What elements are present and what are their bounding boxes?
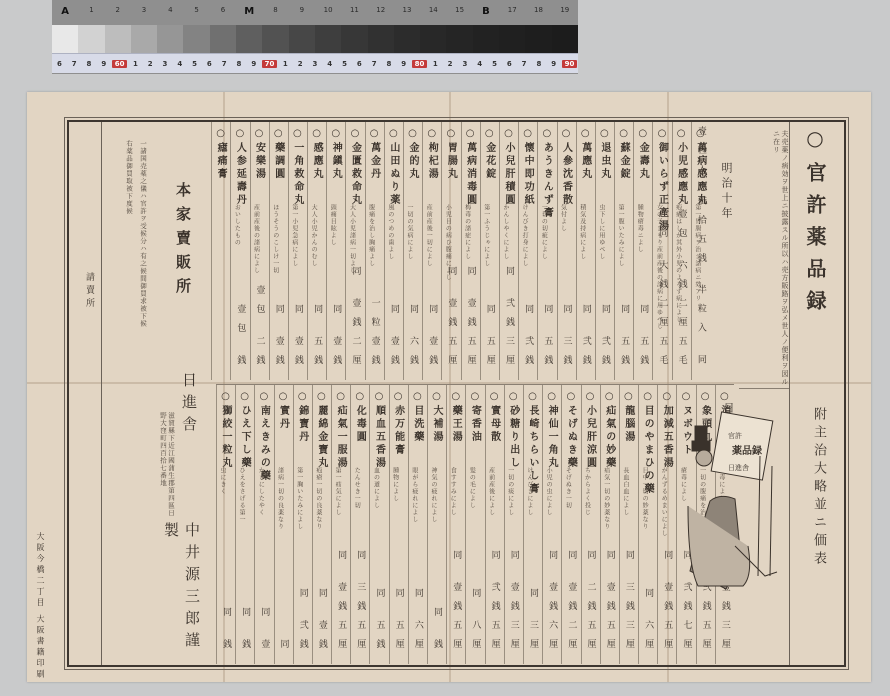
product-price: 同 五厘 [393, 588, 405, 658]
product-name: ○錦寶丹 [296, 391, 308, 444]
product-column: ○御いらず正產湯女の子まもり産前産後の諸病に用ゆべし同 大銭二厘五毛 [652, 122, 671, 380]
product-desc: 第一胸いたみによし [296, 467, 303, 530]
product-column: ○龍腦湯長血白血によし同 三銭三厘 [619, 385, 638, 664]
product-name: ○神仙一角丸 [545, 391, 557, 470]
shop-title: 本家賣販所 [173, 182, 194, 302]
product-column: ○大補湯神気の疲れによし同 銭 [427, 385, 446, 664]
product-desc: 眼がら疲れによし [411, 467, 418, 523]
product-name: ○順血五香湯 [372, 391, 384, 470]
product-desc: 気付よし [560, 204, 567, 232]
gray-step [105, 25, 131, 53]
product-price: 同 三銭五厘 [354, 550, 366, 658]
man-reading-newspaper-icon: 官許 薬品録 日進舎 [680, 396, 788, 663]
gray-step [131, 25, 157, 53]
product-price: 同 三銭 [561, 304, 573, 374]
document-title: ○官許薬品録 [801, 126, 830, 322]
ruler-label: 60 [112, 60, 127, 68]
svg-text:日進舎: 日進舎 [728, 463, 749, 472]
ruler-label: 3 [308, 60, 323, 68]
product-name: ○化毒圓 [353, 391, 365, 444]
product-desc: けんびきによし [526, 467, 533, 516]
reading-man-illustration: 官許 薬品録 日進舎 [680, 396, 788, 663]
scale-label: B [473, 6, 499, 22]
ruler-label: 6 [352, 60, 367, 68]
product-desc: 産前産後一切によし [425, 204, 432, 267]
product-name: ○赤万能膏 [392, 391, 404, 457]
product-price: 同 弐銭 [599, 304, 611, 374]
product-name: ○人參沈香散 [560, 128, 572, 207]
agent-label: 請賣所 [83, 272, 96, 311]
product-desc: ほうそうのこしけ一切 [272, 204, 279, 274]
product-desc: けんびき打身によし [521, 204, 528, 267]
product-price: 同 八厘 [469, 588, 481, 658]
ruler-label: 4 [472, 60, 487, 68]
shop-notice-2: 右薬品御買取被下度候 [125, 140, 133, 370]
scale-label: 17 [499, 6, 525, 22]
product-name: ○疝氣の妙藥 [603, 391, 615, 470]
product-column: ○實母散産前産後によし同 弐銭五厘 [485, 385, 504, 664]
product-desc: 第一小児急病によし [291, 204, 298, 267]
product-desc: 大人小児かんのむし [310, 204, 317, 267]
ruler-label: 5 [187, 60, 202, 68]
gray-step [552, 25, 578, 53]
product-name: ○藥王湯 [449, 391, 461, 444]
product-name: ○胃腸丸 [444, 128, 456, 181]
svg-text:薬品録: 薬品録 [732, 444, 762, 457]
product-column: ○加減五香湯がんずるめまいによし同 壹銭五厘 [657, 385, 676, 664]
product-name: ○山田ぬり薬 [387, 128, 399, 207]
ruler-label: 8 [382, 60, 397, 68]
scale-label: 3 [131, 6, 157, 22]
ruler-label: 3 [458, 60, 473, 68]
product-column: ○實丹諸病一切の良薬なり同 [274, 385, 293, 664]
product-price: 同 壹 [258, 607, 270, 658]
ruler-label: 1 [428, 60, 443, 68]
product-price: 同 弐銭 [297, 588, 309, 658]
product-price: 同 弐銭三厘 [503, 266, 515, 374]
ruler-label: 7 [517, 60, 532, 68]
product-name: ○金的丸 [406, 128, 418, 181]
product-desc: 神気の疲れによし [430, 467, 437, 523]
document-subtitle: 附主治大略並ニ価表 [809, 407, 828, 569]
product-column: ○懷中即功紙けんびき打身によし同 弐銭 [518, 122, 537, 380]
product-price: 同 壹銭五厘 [465, 266, 477, 374]
gray-step [210, 25, 236, 53]
product-price: 同 壹銭 [316, 588, 328, 658]
product-desc: ちからよく投じ [584, 467, 591, 516]
product-name: ○疝氣一服湯 [334, 391, 346, 470]
gray-step [78, 25, 104, 53]
shop-block: 一諸国売薬之儀ハ官許ヲ受候分ハ有之候間御買求被下候 右薬品御買取被下度候 本家賣… [69, 122, 259, 665]
scale-label: 13 [394, 6, 420, 22]
scale-label: 19 [552, 6, 578, 22]
product-column: ○目洗藥眼がら疲れによし同 六厘 [408, 385, 427, 664]
shop-proprietor: 中井源三郎謹製 [161, 522, 203, 665]
ruler-label: 7 [367, 60, 382, 68]
gray-step [52, 25, 78, 53]
color-calibration-scale: A123456M89101112131415B171819 6789601234… [52, 0, 578, 74]
scale-label: 10 [315, 6, 341, 22]
scale-label: 9 [289, 6, 315, 22]
ruler-label: 9 [246, 60, 261, 68]
ruler-label: 8 [532, 60, 547, 68]
ruler-label: 6 [52, 60, 67, 68]
product-column: ○疝氣一服湯第一疝気によし同 壹銭五厘 [331, 385, 350, 664]
product-desc: 第一疝気によし [334, 467, 341, 516]
ruler-label: 2 [143, 60, 158, 68]
gray-step [183, 25, 209, 53]
product-name: ○退虫丸 [598, 128, 610, 181]
product-name: ○實母散 [488, 391, 500, 444]
gray-step [262, 25, 288, 53]
ruler-label: 2 [443, 60, 458, 68]
product-price: 同 壹銭五厘 [335, 550, 347, 658]
ruler-label: 9 [546, 60, 561, 68]
product-desc: 腫物によし [392, 467, 399, 502]
product-price: 同 壹銭二厘 [565, 550, 577, 658]
product-name: ○寄香油 [468, 391, 480, 444]
product-column: ○神仙一角丸小児の虫によし同 壹銭六厘 [542, 385, 561, 664]
product-name: ○一角救命丸 [291, 128, 303, 207]
ruler-label: 80 [412, 60, 427, 68]
ruler-label: 2 [293, 60, 308, 68]
product-name: ○懷中即功紙 [521, 128, 533, 207]
product-name: ○龍腦湯 [622, 391, 634, 444]
product-column: ○人參沈香散気付よし同 三銭 [557, 122, 576, 380]
product-desc: そげぬき一切 [564, 467, 571, 509]
svg-text:官許: 官許 [728, 431, 742, 440]
gray-step [499, 25, 525, 53]
product-column: ○そげぬき藥そげぬき一切同 壹銭二厘 [561, 385, 580, 664]
product-column: ○麗綿金寶丸疱瘡一切の良薬なり同 壹銭 [312, 385, 331, 664]
ruler-label: 4 [172, 60, 187, 68]
product-column: ○萬病消毒圓梅毒の諸症によし同 壹銭五厘 [461, 122, 480, 380]
printer-colophon: 大阪今橋二丁目 大阪書籍印刷 [35, 532, 46, 681]
product-column: ○神鎭丸頭痛目眩よし同 壹銭 [326, 122, 345, 380]
product-name: ○目洗藥 [411, 391, 423, 444]
product-desc: 腫物瘡毒ニよし [636, 204, 643, 253]
product-column: ○小兒肝積圓かんしやくによし同 弐銭三厘 [499, 122, 518, 380]
product-price: 同 六厘 [642, 588, 654, 658]
product-column: ○萬應丸積気及持病によし同 弐銭 [576, 122, 595, 380]
product-price: 同 五厘 [484, 304, 496, 374]
product-desc: 第一腹いたみによし [617, 204, 624, 267]
product-desc: 一切の痰によし [507, 467, 514, 516]
scale-label: M [236, 6, 262, 22]
document-frame: ○官許薬品録 附主治大略並ニ価表 夫売薬ノ病効ヲ世上ニ披露スル所以ハ売方販路ヲ弘… [67, 120, 846, 667]
product-desc: 大人小児諸病一切よし [348, 204, 355, 274]
product-price: 同 [278, 639, 290, 658]
product-column: ○山田ぬり薬風のつめの歯よし同 壹銭 [384, 122, 403, 380]
ruler-label: 5 [487, 60, 502, 68]
product-name: ○藥調圓 [272, 128, 284, 181]
product-column: ○錦寶丹第一胸いたみによし同 弐銭 [293, 385, 312, 664]
product-name: ○砂糖り出し [507, 391, 519, 470]
product-column: ○寄香油髪の毛によし同 八厘 [465, 385, 484, 664]
product-price: 同 壹銭 [273, 304, 285, 374]
product-name: ○枸杞湯 [425, 128, 437, 181]
product-desc: 腹痛を治し胸痛よし [368, 204, 375, 267]
product-price: 同 壹銭五厘 [450, 550, 462, 658]
product-desc: かんしやくによし [502, 204, 509, 260]
product-desc: 産前産後によし [488, 467, 495, 516]
scale-label: 2 [105, 6, 131, 22]
product-price: 同 壹銭 [292, 304, 304, 374]
product-price: 同 大銭二厘五毛 [656, 228, 668, 374]
product-desc: 疱瘡一切の良薬なり [315, 467, 322, 530]
ruler-label: 7 [67, 60, 82, 68]
product-price: 同 五銭 [637, 304, 649, 374]
scale-label: 18 [525, 6, 551, 22]
product-column: ○小兒肝涼圓ちからよく投じ同 二銭五厘 [581, 385, 600, 664]
product-desc: 血の道によし [372, 467, 379, 509]
ruler-label: 9 [96, 60, 111, 68]
product-column: ○あうきんず膏一切の切疵によし同 五銭 [537, 122, 556, 380]
product-column: ○萬金丹腹痛を治し胸痛よし一粒壹銭 [365, 122, 384, 380]
product-name: ○神鎭丸 [329, 128, 341, 181]
product-desc: 目中一切の妙薬なり [641, 467, 648, 530]
product-price: 同 壹銭 [330, 304, 342, 374]
product-column: ○退虫丸虫下しに用ゆべし同 弐銭 [595, 122, 614, 380]
ruler-label: 1 [278, 60, 293, 68]
product-price: 同 六銭 [407, 304, 419, 374]
product-name: ○金匱救命丸 [348, 128, 360, 207]
product-desc: 髪の毛によし [468, 467, 475, 509]
ruler-label: 5 [337, 60, 352, 68]
product-column: ○金花錠第一ふうじゃによし同 五厘 [480, 122, 499, 380]
gray-step [525, 25, 551, 53]
product-price: 同 壹銭五厘 [604, 550, 616, 658]
gray-step [341, 25, 367, 53]
product-column: ○胃腸丸小児目の病ひ腹痛によし同 壹銭五厘 [441, 122, 460, 380]
product-price: 同 五銭 [373, 588, 385, 658]
product-desc: 頭痛目眩よし [329, 204, 336, 246]
document-paper: ○官許薬品録 附主治大略並ニ価表 夫売薬ノ病効ヲ世上ニ披露スル所以ハ売方販路ヲ弘… [27, 92, 871, 682]
product-name: ○小兒肝積圓 [502, 128, 514, 207]
product-column: ○感應丸大人小児かんのむし同 五銭 [307, 122, 326, 380]
scale-label: 12 [368, 6, 394, 22]
product-name: ○麗綿金寶丸 [315, 391, 327, 470]
product-price: 同 五銭 [311, 304, 323, 374]
scale-label: 6 [210, 6, 236, 22]
scale-label: 8 [262, 6, 288, 22]
product-desc: 第一ふうじゃによし [483, 204, 490, 267]
product-column: ○小児感應丸疱瘡はしか其外小児のよろず病によし壹包 六銭二厘五毛 [672, 122, 691, 380]
product-name: ○そげぬき藥 [564, 391, 576, 470]
product-desc: 風のつめの歯よし [387, 204, 394, 260]
preface-text: 夫売薬ノ病効ヲ世上ニ披露スル所以ハ売方販路ヲ弘メ世人ノ便利ヲ図ルニ在リ [739, 122, 789, 389]
product-price: 同 壹銭 [426, 304, 438, 374]
product-column: ○化毒圓たんせき一切同 三銭五厘 [350, 385, 369, 664]
title-column: ○官許薬品録 附主治大略並ニ価表 [789, 122, 844, 665]
product-column: ○金匱救命丸大人小児諸病一切よし同 壹銭二厘 [345, 122, 364, 380]
product-price: 同 壹銭五厘 [445, 266, 457, 374]
product-name: ○萬應丸 [579, 128, 591, 181]
ruler-label: 9 [396, 60, 411, 68]
product-column: ○疝氣の妙藥疝気一切の妙薬なり同 壹銭五厘 [600, 385, 619, 664]
product-price: 壹包 六銭二厘五毛 [676, 209, 688, 374]
product-column: ○蘇金錠第一腹いたみによし同 五銭 [614, 122, 633, 380]
scale-label: 15 [446, 6, 472, 22]
product-price: 壹粒入 価拾五銭 半粒入 同 [695, 126, 707, 374]
product-price: 一粒壹銭 [369, 298, 381, 374]
product-name: ○蘇金錠 [617, 128, 629, 181]
gray-step [420, 25, 446, 53]
product-price: 同 三厘 [527, 588, 539, 658]
ruler-label: 4 [322, 60, 337, 68]
product-price: 同 二銭五厘 [585, 550, 597, 658]
product-desc: 食すすみによし [449, 467, 456, 516]
gray-step [446, 25, 472, 53]
product-name: ○萬金丹 [368, 128, 380, 181]
product-desc: 小児の虫によし [545, 467, 552, 516]
product-name: ○實丹 [277, 391, 289, 431]
product-column: ○一角救命丸第一小児急病によし同 壹銭 [288, 122, 307, 380]
product-desc: 疝気一切の妙薬なり [603, 467, 610, 530]
shop-notice-1: 一諸国売薬之儀ハ官許ヲ受候分ハ有之候間御買求被下候 [139, 140, 147, 370]
gray-step [157, 25, 183, 53]
product-price: 同 壹銭二厘 [349, 266, 361, 374]
ruler-label: 8 [232, 60, 247, 68]
ruler-label: 1 [128, 60, 143, 68]
product-desc: たんせき一切 [353, 467, 360, 509]
product-name: ○金花錠 [483, 128, 495, 181]
gray-steps [52, 25, 578, 53]
product-price: 同 弐銭五厘 [489, 550, 501, 658]
scale-label: 4 [157, 6, 183, 22]
ruler-label: 3 [158, 60, 173, 68]
gray-step [368, 25, 394, 53]
ruler-label: 6 [502, 60, 517, 68]
bottom-product-grid: ○消毒圓諸毒によし同 壹銭三厘○象頭丸一切の腹痛を治す同 弐銭五厘○ヌボウト瘡毒… [216, 384, 734, 664]
gray-step [315, 25, 341, 53]
scale-label: 1 [78, 6, 104, 22]
product-price: 同 六厘 [412, 588, 424, 658]
product-column: ○金的丸一切の気病によし同 六銭 [403, 122, 422, 380]
product-desc: 一切の切疵によし [540, 204, 547, 260]
gray-step [289, 25, 315, 53]
product-column: ○赤万能膏腫物によし同 五厘 [389, 385, 408, 664]
top-product-grid: ○萬病感應丸第一胃腸病ヲ治シ諸病ニ効アリ壹粒入 価拾五銭 半粒入 同○小児感應丸… [211, 122, 710, 380]
product-name: ○加減五香湯 [660, 391, 672, 470]
product-desc: 積気及持病によし [579, 204, 586, 260]
era-label: 明治十年 [712, 122, 734, 420]
ruler-label: 8 [82, 60, 97, 68]
product-name: ○金壽丸 [636, 128, 648, 181]
ruler-label: 6 [202, 60, 217, 68]
gray-step [236, 25, 262, 53]
product-desc: 諸病一切の良薬なり [277, 467, 284, 530]
scale-label: 5 [183, 6, 209, 22]
product-desc: がんずるめまいによし [660, 467, 667, 537]
column-divider [101, 122, 102, 665]
ruler: 678960123456789701234567898012345678990 [52, 53, 578, 73]
product-name: ○萬病消毒圓 [464, 128, 476, 207]
product-desc: 長血白血によし [622, 467, 629, 516]
scale-label: 11 [341, 6, 367, 22]
product-desc: 梅毒の諸症によし [464, 204, 471, 260]
product-name: ○感應丸 [310, 128, 322, 181]
product-price: 同 壹銭五厘 [661, 550, 673, 658]
ruler-label: 70 [262, 60, 277, 68]
scale-top-labels: A123456M89101112131415B171819 [52, 6, 578, 22]
product-name: ○大補湯 [430, 391, 442, 444]
gray-step [473, 25, 499, 53]
product-column: ○目のやまひの藥目中一切の妙薬なり同 六厘 [638, 385, 657, 664]
product-name: ○小兒肝涼圓 [584, 391, 596, 470]
product-column: ○藥調圓ほうそうのこしけ一切同 壹銭 [269, 122, 288, 380]
ruler-label: 90 [562, 60, 577, 68]
product-column: ○順血五香湯血の道によし同 五銭 [369, 385, 388, 664]
product-price: 同 壹銭 [388, 304, 400, 374]
product-column: ○金壽丸腫物瘡毒ニよし同 五銭 [633, 122, 652, 380]
product-price: 同 三銭三厘 [623, 550, 635, 658]
product-column: ○長崎ちらいし膏けんびきによし同 三厘 [523, 385, 542, 664]
product-price: 同 五銭 [618, 304, 630, 374]
scale-label: 14 [420, 6, 446, 22]
shop-house-name: 日進舎 [179, 372, 200, 438]
product-column: ○萬病感應丸第一胃腸病ヲ治シ諸病ニ効アリ壹粒入 価拾五銭 半粒入 同 [691, 122, 710, 380]
product-desc: 虫下しに用ゆべし [598, 204, 605, 260]
scale-label: A [52, 6, 78, 22]
product-column: ○枸杞湯産前産後一切によし同 壹銭 [422, 122, 441, 380]
ruler-label: 7 [217, 60, 232, 68]
product-price: 同 銭 [431, 607, 443, 658]
product-price: 同 壹銭三厘 [508, 550, 520, 658]
product-desc: 一切の気病によし [406, 204, 413, 260]
product-name: ○小児感應丸 [675, 128, 687, 207]
product-column: ○藥王湯食すすみによし同 壹銭五厘 [446, 385, 465, 664]
product-price: 同 五銭 [541, 304, 553, 374]
gray-step [394, 25, 420, 53]
product-price: 同 弐銭 [580, 304, 592, 374]
product-price: 同 壹銭六厘 [546, 550, 558, 658]
shop-address: 滋賀縣下近江國蒲生郡第四區日野大窪町四百拾七番地 [159, 412, 175, 522]
product-price: 同 弐銭 [522, 304, 534, 374]
product-column: ○砂糖り出し一切の痰によし同 壹銭三厘 [504, 385, 523, 664]
